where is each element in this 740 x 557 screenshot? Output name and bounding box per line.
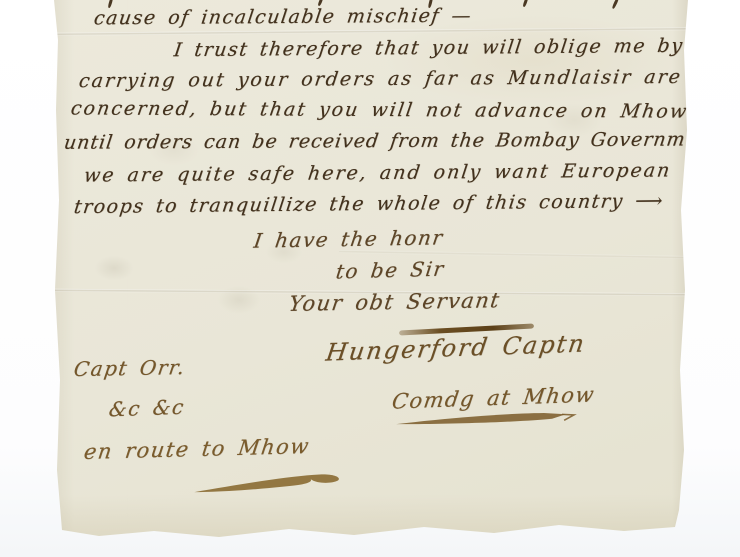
letter-paper: cause of incalculable mischief — I trust… — [54, 0, 688, 540]
letter-line: troops to tranquillize the whole of this… — [73, 190, 666, 218]
letter-line: concerned, but that you will not advance… — [69, 97, 688, 122]
letter-line: carrying out your orders as far as Mundl… — [78, 66, 684, 92]
closing-line: Your obt Servant — [287, 288, 502, 316]
addressee-line: en route to Mhow — [82, 434, 311, 464]
ink-stroke-fragment — [522, 0, 528, 7]
signature-title: Comdg at Mhow — [390, 382, 596, 413]
ink-stroke-fragment — [612, 0, 619, 9]
letter-line: cause of incalculable mischief — — [93, 5, 474, 30]
letter-line: I trust therefore that you will oblige m… — [173, 35, 685, 61]
letter-line: until orders can be received from the Bo… — [63, 128, 688, 153]
closing-line: I have the honr — [252, 225, 445, 252]
addressee-line: &c &c — [108, 395, 187, 422]
letter-line: we are quite safe here, and only want Eu… — [83, 159, 673, 186]
underline-flourish — [192, 470, 353, 496]
photo-background: cause of incalculable mischief — I trust… — [0, 0, 740, 557]
signature: Hungerford Captn — [324, 329, 588, 366]
closing-line: to be Sir — [334, 257, 446, 284]
addressee-line: Capt Orr. — [72, 355, 187, 381]
